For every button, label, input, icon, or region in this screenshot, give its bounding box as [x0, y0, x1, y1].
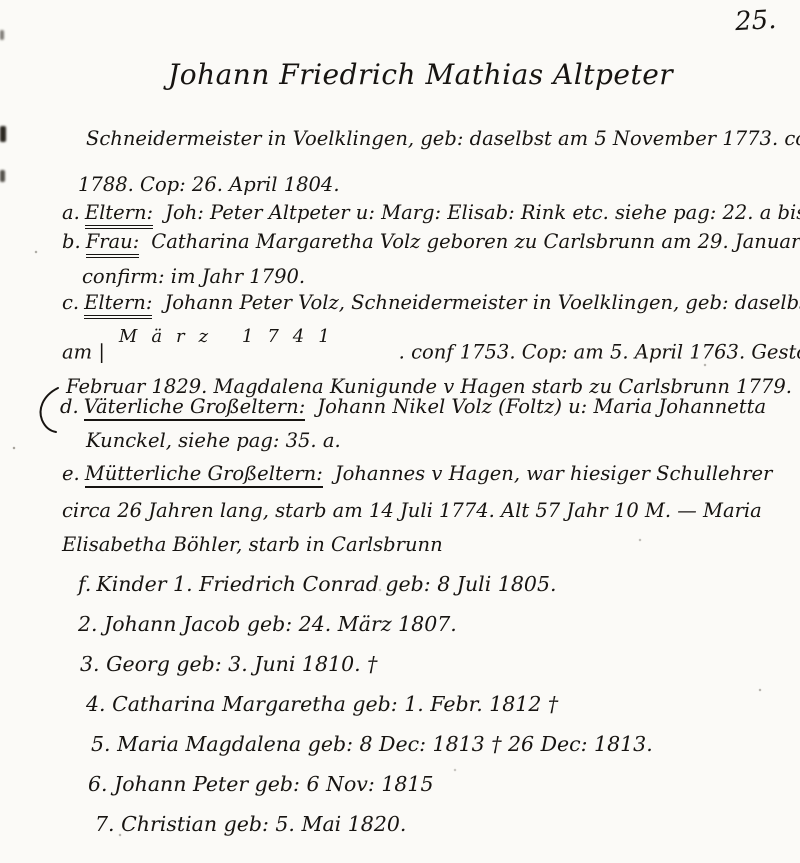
entry-text: Johann Nikel Volz (Foltz) u: Maria Johan…	[317, 395, 766, 418]
entry-parents: a.Eltern:Joh: Peter Altpeter u: Marg: El…	[62, 199, 800, 227]
entry-heading: Frau:	[86, 230, 140, 258]
entry-line: confirm: im Jahr 1790.	[82, 263, 800, 291]
entry-key: c.	[62, 289, 79, 317]
entry-line: Kunckel, siehe pag: 35. a.	[86, 427, 766, 455]
child-line: 4. Catharina Margaretha geb: 1. Febr. 18…	[86, 691, 653, 718]
child-line: 6. Johann Peter geb: 6 Nov: 1815	[88, 771, 653, 798]
entry-text: Joh: Peter Altpeter u: Marg: Elisab: Rin…	[165, 201, 800, 224]
entry-wife: b.Frau:Catharina Margaretha Volz geboren…	[62, 228, 800, 291]
margin-flourish-icon	[36, 386, 62, 434]
children-heading: Kinder	[96, 572, 166, 596]
entry-text: Johannes v Hagen, war hiesiger Schullehr…	[335, 462, 773, 485]
page-number: 25.	[734, 5, 777, 37]
child-line: 2. Johann Jacob geb: 24. März 1807.	[78, 611, 653, 638]
entry-heading: Eltern:	[85, 201, 153, 229]
entry-text: Johann Peter Volz, Schneidermeister in V…	[164, 291, 800, 314]
intro-line-1: Schneidermeister in Voelklingen, geb: da…	[78, 116, 788, 162]
entry-wife-parents: c.Eltern:Johann Peter Volz, Schneidermei…	[62, 289, 800, 401]
entry-heading: Eltern:	[84, 291, 152, 319]
child-text: 1. Friedrich Conrad geb: 8 Juli 1805.	[173, 572, 556, 596]
child-line: f.Kinder 1. Friedrich Conrad geb: 8 Juli…	[78, 571, 653, 598]
entry-key: b.	[62, 228, 81, 256]
child-line: 5. Maria Magdalena geb: 8 Dec: 1813 † 26…	[91, 731, 653, 758]
scan-smudge	[0, 170, 5, 182]
entry-children: f.Kinder 1. Friedrich Conrad geb: 8 Juli…	[78, 571, 653, 851]
entry-line: Elisabetha Böhler, starb in Carlsbrunn	[62, 531, 772, 559]
entry-line: e.Mütterliche Großeltern:Johannes v Hage…	[62, 460, 772, 488]
entry-text: am |	[62, 341, 105, 364]
entry-line: c.Eltern:Johann Peter Volz, Schneidermei…	[62, 289, 800, 317]
entry-line: am |März 1741. conf 1753. Cop: am 5. Apr…	[62, 334, 800, 368]
page-title: Johann Friedrich Mathias Altpeter	[168, 58, 673, 91]
entry-key: d.	[60, 393, 79, 421]
intro-paragraph: Schneidermeister in Voelklingen, geb: da…	[78, 116, 788, 208]
entry-text: Catharina Margaretha Volz geboren zu Car…	[151, 230, 800, 253]
interlinear-insertion: März 1741	[119, 326, 344, 347]
entry-line: circa 26 Jahren lang, starb am 14 Juli 1…	[62, 497, 772, 525]
entry-key: e.	[62, 460, 80, 488]
child-line: 3. Georg geb: 3. Juni 1810. †	[80, 651, 653, 678]
entry-line: b.Frau:Catharina Margaretha Volz geboren…	[62, 228, 800, 256]
entry-heading: Mütterliche Großeltern:	[85, 462, 323, 488]
entry-text: . conf 1753. Cop: am 5. April 1763. Gest…	[399, 341, 800, 364]
scanned-document-page: { "page": { "number": "25.", "title": "J…	[0, 0, 800, 863]
scan-smudge	[0, 30, 4, 40]
entry-key: f.	[78, 571, 91, 598]
entry-key: a.	[62, 199, 80, 227]
entry-heading: Väterliche Großeltern:	[84, 395, 306, 421]
child-line: 7. Christian geb: 5. Mai 1820.	[95, 811, 653, 838]
entry-line: d.Väterliche Großeltern:Johann Nikel Vol…	[60, 393, 766, 421]
scan-smudge	[0, 126, 6, 142]
entry-maternal-grandparents: e.Mütterliche Großeltern:Johannes v Hage…	[62, 460, 772, 559]
entry-paternal-grandparents: d.Väterliche Großeltern:Johann Nikel Vol…	[60, 393, 766, 455]
